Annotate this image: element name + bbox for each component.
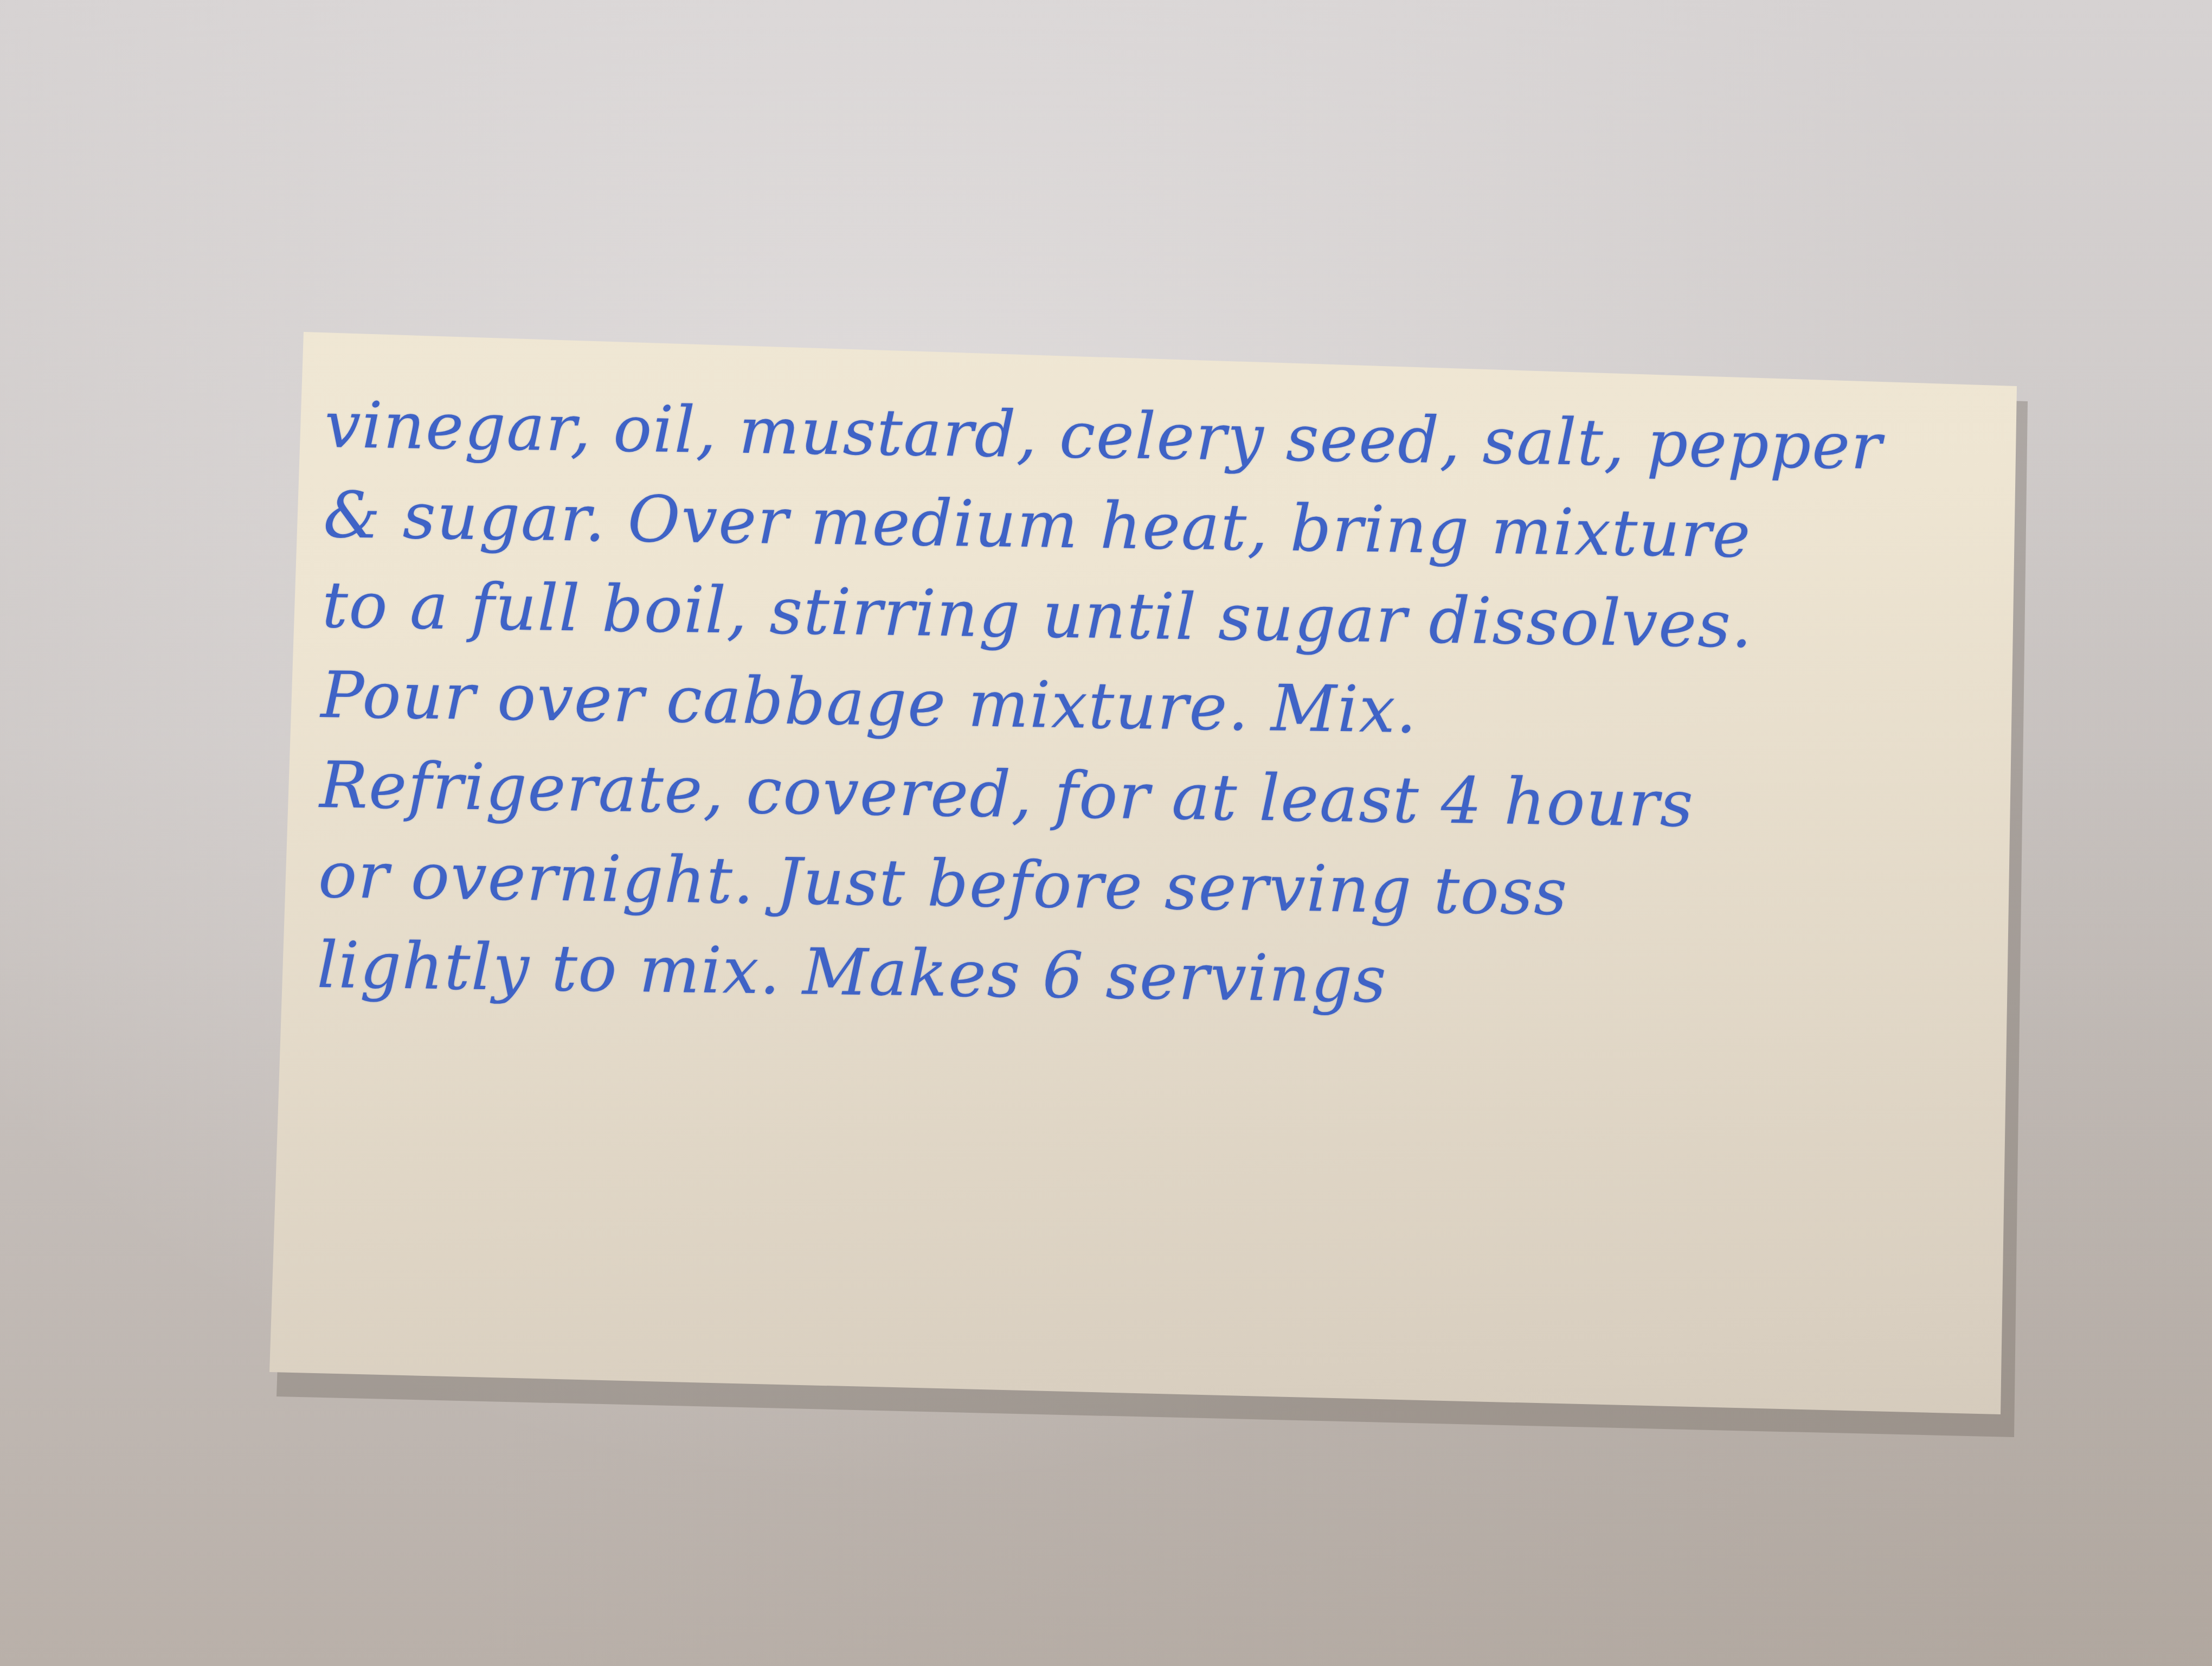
handwritten-text: vinegar, oil, mustard, celery seed, salt…: [317, 380, 1979, 1033]
